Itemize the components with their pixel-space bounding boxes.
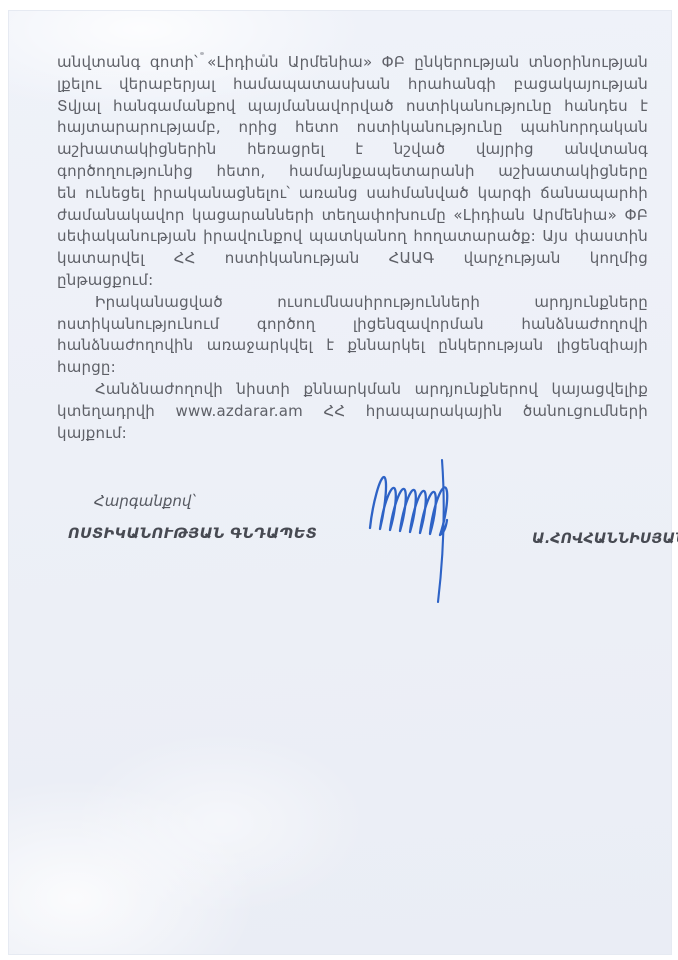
body-line: ժամանակավոր կացարանների տեղափոխումը «Լիդ… <box>57 205 648 227</box>
body-line: են ունեցել իրականացնելու՝ առանց սահմանվա… <box>57 183 648 205</box>
scanned-letter-screenshot: { "document": { "language": "Armenian", … <box>0 0 678 960</box>
body-line: կատարվել ՀՀ ոստիկանության ՀԱԱԳ վարչությա… <box>57 248 648 270</box>
body-line: ընթացքում: <box>57 270 648 292</box>
paragraph-2: Իրականացված ուսումնասիրությունների արդյո… <box>57 292 648 379</box>
body-line: Հանձնաժողովի նիստի քննարկման արդյունքներ… <box>57 379 648 401</box>
document-page: անվտանգ գոտի՝ «Լիդիան Արմենիա» ՓԲ ընկերո… <box>8 10 672 955</box>
body-line: գործողությունից հետո, համայնքապետարանի ա… <box>57 161 648 183</box>
closing-salutation: Հարգանքով՝ <box>94 492 195 510</box>
body-line: ոստիկանությունում գործող լիցենզավորման հ… <box>57 314 648 336</box>
body-line: սեփականության իրավունքով պատկանող հողատա… <box>57 226 648 248</box>
body-line: կայքում: <box>57 423 648 445</box>
body-line: լքելու վերաբերյալ համապատասխան հրահանգի … <box>57 74 648 96</box>
body-line: Իրականացված ուսումնասիրությունների արդյո… <box>57 292 648 314</box>
signer-name: Ա.ՀՈՎՀԱՆՆԻՍՅԱՆ <box>532 531 678 547</box>
paragraph-1: անվտանգ գոտի՝ «Լիդիան Արմենիա» ՓԲ ընկերո… <box>57 52 648 292</box>
body-line: կտեղադրվի www.azdarar.am ՀՀ հրապարակային… <box>57 401 648 423</box>
body-line: Տվյալ հանգամանքով պայմանավորված ոստիկանո… <box>57 96 648 118</box>
body-line: հանձնաժողովին առաջարկվել է քննարկել ընկե… <box>57 335 648 357</box>
signer-title: ՈՍՏԻԿԱՆՈՒԹՅԱՆ ԳՆԴԱՊԵՏ <box>68 526 317 542</box>
body-line: անվտանգ գոտի՝ «Լիդիան Արմենիա» ՓԲ ընկերո… <box>57 52 648 74</box>
letter-body: անվտանգ գոտի՝ «Լիդիան Արմենիա» ՓԲ ընկերո… <box>57 52 648 444</box>
paragraph-3: Հանձնաժողովի նիստի քննարկման արդյունքներ… <box>57 379 648 444</box>
body-line: հայտարարությամբ, որից հետո ոստիկանությու… <box>57 117 648 139</box>
body-line: հարցը: <box>57 357 648 379</box>
body-line: աշխատակիցներին հեռացրել է նշված վայրից ա… <box>57 139 648 161</box>
handwritten-signature <box>352 456 462 606</box>
